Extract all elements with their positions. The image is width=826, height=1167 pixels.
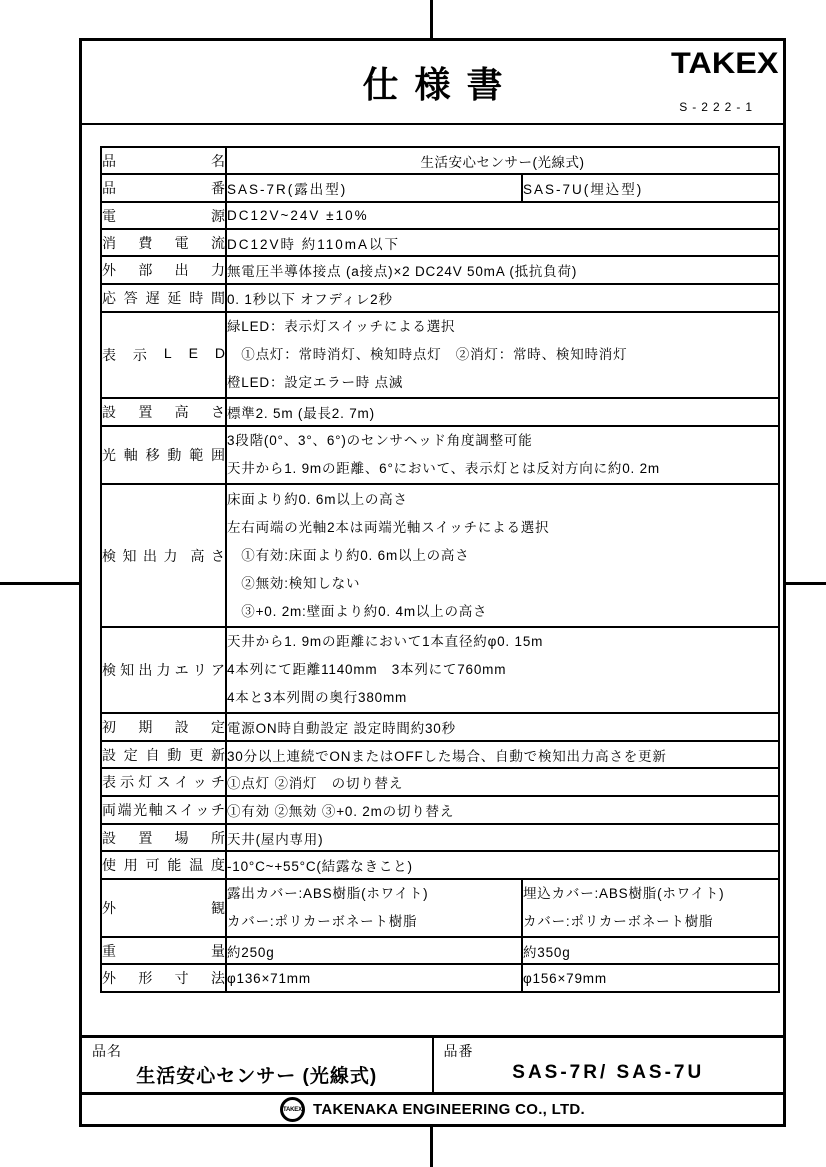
spec-row: 品名 生活安心センサー(光線式) [101, 147, 779, 174]
spec-row: 検知出力エリア 天井から1. 9mの距離において1本直径約φ0. 15m 4本列… [101, 627, 779, 713]
spec-label-cell: 品名 [101, 147, 226, 174]
spec-row: 外形寸法 φ136×71mm φ156×79mm [101, 964, 779, 992]
spec-value-cell: 埋込カバー:ABS樹脂(ホワイト) カバー:ポリカーボネート樹脂 [522, 879, 779, 937]
spec-value-cell: 電源ON時自動設定 設定時間約30秒 [226, 713, 779, 741]
spec-value-cell: 0. 1秒以下 オフディレ2秒 [226, 284, 779, 312]
spec-label: 消費電流 [102, 233, 225, 253]
spec-label-cell: 検知出力エリア [101, 627, 226, 713]
takex-logo: TAKEX [671, 47, 778, 81]
document-frame: 仕様書 TAKEX S-222-1 品名 生活安心センサー(光線式) 品番 SA… [79, 38, 786, 1127]
spec-row: 光軸移動範囲 3段階(0°、3°、6°)のセンサヘッド角度調整可能 天井から1.… [101, 426, 779, 484]
spec-label: 初期設定 [102, 717, 225, 737]
spec-label: 設置高さ [102, 402, 225, 422]
footer-model-value: SAS-7R/ SAS-7U [444, 1062, 774, 1084]
spec-value-cell: 30分以上連続でONまたはOFFした場合、自動で検知出力高さを更新 [226, 741, 779, 768]
spec-label-cell: 電源 [101, 202, 226, 229]
footer-company-row: TAKEX TAKENAKA ENGINEERING CO., LTD. [82, 1095, 783, 1124]
spec-label-cell: 重量 [101, 937, 226, 964]
spec-value-cell: 床面より約0. 6m以上の高さ 左右両端の光軸2本は両端光軸スイッチによる選択 … [226, 484, 779, 627]
spec-label-cell: 両端光軸スイッチ [101, 796, 226, 824]
spec-label: 外部出力 [102, 260, 225, 280]
company-name: TAKENAKA ENGINEERING CO., LTD. [313, 1101, 585, 1118]
footer-id-row: 品名 生活安心センサー (光線式) 品番 SAS-7R/ SAS-7U [82, 1038, 783, 1095]
spec-label-cell: 応答遅延時間 [101, 284, 226, 312]
doc-number: S-222-1 [679, 100, 757, 114]
spec-value-cell: 生活安心センサー(光線式) [226, 147, 779, 174]
spec-value-cell: φ156×79mm [522, 964, 779, 992]
spec-row: 検知出力 高さ 床面より約0. 6m以上の高さ 左右両端の光軸2本は両端光軸スイ… [101, 484, 779, 627]
spec-row: 応答遅延時間 0. 1秒以下 オフディレ2秒 [101, 284, 779, 312]
registration-mark-right [784, 582, 826, 585]
spec-value-cell: DC12V時 約110mA以下 [226, 229, 779, 256]
spec-value-cell: SAS-7R(露出型) [226, 174, 522, 202]
spec-label-cell: 外部出力 [101, 256, 226, 284]
spec-value-cell: 無電圧半導体接点 (a接点)×2 DC24V 50mA (抵抗負荷) [226, 256, 779, 284]
takex-circle-logo-icon: TAKEX [280, 1097, 305, 1122]
spec-value-cell: 天井から1. 9mの距離において1本直径約φ0. 15m 4本列にて距離1140… [226, 627, 779, 713]
title-block: 仕様書 TAKEX S-222-1 [82, 41, 783, 125]
spec-row: 品番 SAS-7R(露出型) SAS-7U(埋込型) [101, 174, 779, 202]
spec-label-cell: 光軸移動範囲 [101, 426, 226, 484]
spec-row: 設置高さ 標準2. 5m (最長2. 7m) [101, 398, 779, 426]
spec-label: 検知出力 高さ [102, 546, 225, 566]
spec-row: 表示灯スイッチ ①点灯 ②消灯 の切り替え [101, 768, 779, 796]
spec-label: 外観 [102, 898, 225, 918]
footer-product-cell: 品名 生活安心センサー (光線式) [82, 1038, 434, 1092]
footer-block: 品名 生活安心センサー (光線式) 品番 SAS-7R/ SAS-7U TAKE… [82, 1035, 783, 1124]
spec-row: 外観 露出カバー:ABS樹脂(ホワイト) カバー:ポリカーボネート樹脂 埋込カバ… [101, 879, 779, 937]
spec-label: 外形寸法 [102, 968, 225, 988]
spec-table: 品名 生活安心センサー(光線式) 品番 SAS-7R(露出型) SAS-7U(埋… [100, 146, 780, 993]
footer-product-name: 生活安心センサー (光線式) [92, 1061, 422, 1088]
spec-label: 重量 [102, 941, 225, 961]
spec-value-cell: SAS-7U(埋込型) [522, 174, 779, 202]
registration-mark-bottom [430, 1124, 433, 1167]
spec-label: 検知出力エリア [102, 660, 225, 680]
spec-label-cell: 設置場所 [101, 824, 226, 851]
spec-value-cell: 露出カバー:ABS樹脂(ホワイト) カバー:ポリカーボネート樹脂 [226, 879, 522, 937]
spec-row: 表示LED 緑LED：表示灯スイッチによる選択 ①点灯：常時消灯、検知時点灯 ②… [101, 312, 779, 398]
takex-circle-logo-text: TAKEX [283, 1107, 302, 1113]
spec-row: 外部出力 無電圧半導体接点 (a接点)×2 DC24V 50mA (抵抗負荷) [101, 256, 779, 284]
spec-row: 消費電流 DC12V時 約110mA以下 [101, 229, 779, 256]
spec-label: 光軸移動範囲 [102, 445, 225, 465]
spec-label: 使用可能温度 [102, 855, 225, 875]
spec-label: 設置場所 [102, 828, 225, 848]
spec-value-cell: 標準2. 5m (最長2. 7m) [226, 398, 779, 426]
spec-label-cell: 表示LED [101, 312, 226, 398]
spec-value-cell: -10°C~+55°C(結露なきこと) [226, 851, 779, 879]
footer-model-cell: 品番 SAS-7R/ SAS-7U [434, 1038, 784, 1092]
spec-value-cell: 約250g [226, 937, 522, 964]
spec-row: 電源 DC12V~24V ±10% [101, 202, 779, 229]
spec-row: 両端光軸スイッチ ①有効 ②無効 ③+0. 2mの切り替え [101, 796, 779, 824]
spec-row: 設置場所 天井(屋内専用) [101, 824, 779, 851]
registration-mark-left [0, 582, 82, 585]
spec-value-cell: φ136×71mm [226, 964, 522, 992]
spec-label-cell: 検知出力 高さ [101, 484, 226, 627]
spec-label-cell: 外形寸法 [101, 964, 226, 992]
spec-label: 表示LED [102, 345, 225, 365]
spec-value-cell: 約350g [522, 937, 779, 964]
spec-label-cell: 表示灯スイッチ [101, 768, 226, 796]
footer-product-label: 品名 [92, 1041, 422, 1061]
registration-mark-top [430, 0, 433, 41]
spec-label: 品名 [102, 151, 225, 171]
spec-value-cell: DC12V~24V ±10% [226, 202, 779, 229]
spec-label-cell: 消費電流 [101, 229, 226, 256]
spec-label-cell: 品番 [101, 174, 226, 202]
spec-label: 設定自動更新 [102, 745, 225, 765]
spec-row: 使用可能温度 -10°C~+55°C(結露なきこと) [101, 851, 779, 879]
spec-row: 設定自動更新 30分以上連続でONまたはOFFした場合、自動で検知出力高さを更新 [101, 741, 779, 768]
footer-model-label: 品番 [444, 1041, 774, 1061]
spec-row: 初期設定 電源ON時自動設定 設定時間約30秒 [101, 713, 779, 741]
spec-label: 電源 [102, 206, 225, 226]
spec-label: 両端光軸スイッチ [102, 800, 225, 820]
spec-label-cell: 外観 [101, 879, 226, 937]
spec-value-cell: 3段階(0°、3°、6°)のセンサヘッド角度調整可能 天井から1. 9mの距離、… [226, 426, 779, 484]
spec-label-cell: 設定自動更新 [101, 741, 226, 768]
spec-label-cell: 設置高さ [101, 398, 226, 426]
spec-label: 表示灯スイッチ [102, 772, 225, 792]
spec-row: 重量 約250g 約350g [101, 937, 779, 964]
spec-label-cell: 初期設定 [101, 713, 226, 741]
spec-value-cell: 緑LED：表示灯スイッチによる選択 ①点灯：常時消灯、検知時点灯 ②消灯：常時、… [226, 312, 779, 398]
spec-label-cell: 使用可能温度 [101, 851, 226, 879]
spec-value-cell: 天井(屋内専用) [226, 824, 779, 851]
spec-value-cell: ①点灯 ②消灯 の切り替え [226, 768, 779, 796]
spec-label: 応答遅延時間 [102, 288, 225, 308]
spec-value-cell: ①有効 ②無効 ③+0. 2mの切り替え [226, 796, 779, 824]
spec-label: 品番 [102, 178, 225, 198]
